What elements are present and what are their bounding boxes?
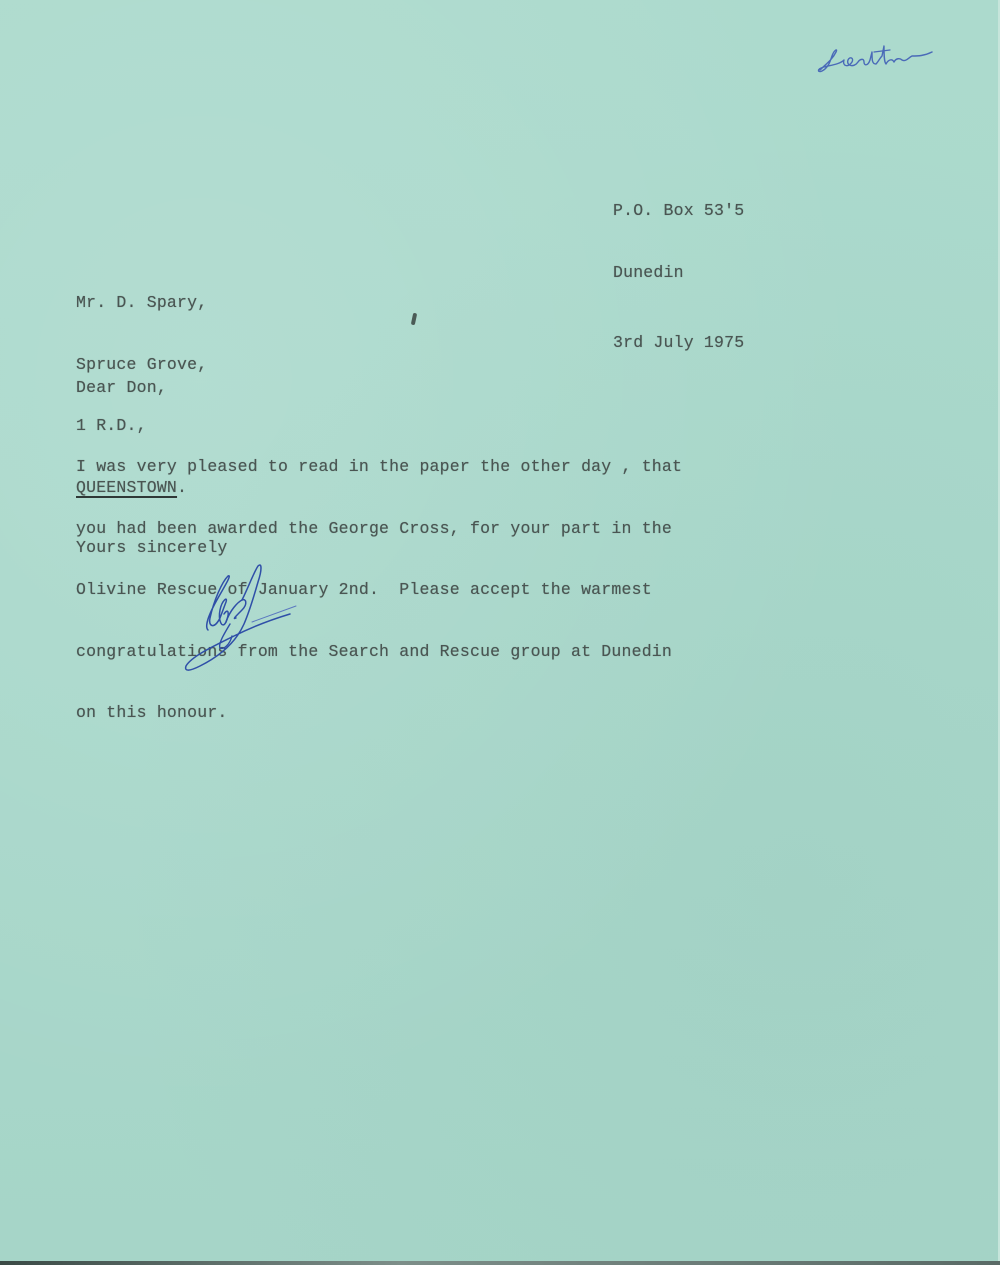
recipient-street: Spruce Grove, [76, 355, 207, 376]
closing: Yours sincerely [76, 538, 228, 559]
letter-page: Heather P.O. Box 53'5 Dunedin 3rd July 1… [0, 0, 1000, 1262]
scan-bottom-edge [0, 1261, 1000, 1265]
body-line: Olivine Rescue of January 2nd. Please ac… [76, 580, 682, 601]
body-line: I was very pleased to read in the paper … [76, 457, 682, 478]
letter-body: I was very pleased to read in the paper … [76, 416, 682, 765]
handwritten-note-heather: Heather [812, 38, 962, 78]
paper-speck [411, 313, 417, 326]
sender-address: P.O. Box 53'5 Dunedin 3rd July 1975 [613, 160, 744, 395]
sender-city: Dunedin [613, 263, 744, 284]
body-line: you had been awarded the George Cross, f… [76, 519, 682, 540]
signature [170, 560, 300, 685]
body-line: congratulations from the Search and Resc… [76, 642, 682, 663]
sender-po-box: P.O. Box 53'5 [613, 201, 744, 222]
body-line: on this honour. [76, 703, 682, 724]
recipient-name: Mr. D. Spary, [76, 293, 207, 314]
salutation: Dear Don, [76, 378, 167, 399]
letter-date: 3rd July 1975 [613, 333, 744, 354]
